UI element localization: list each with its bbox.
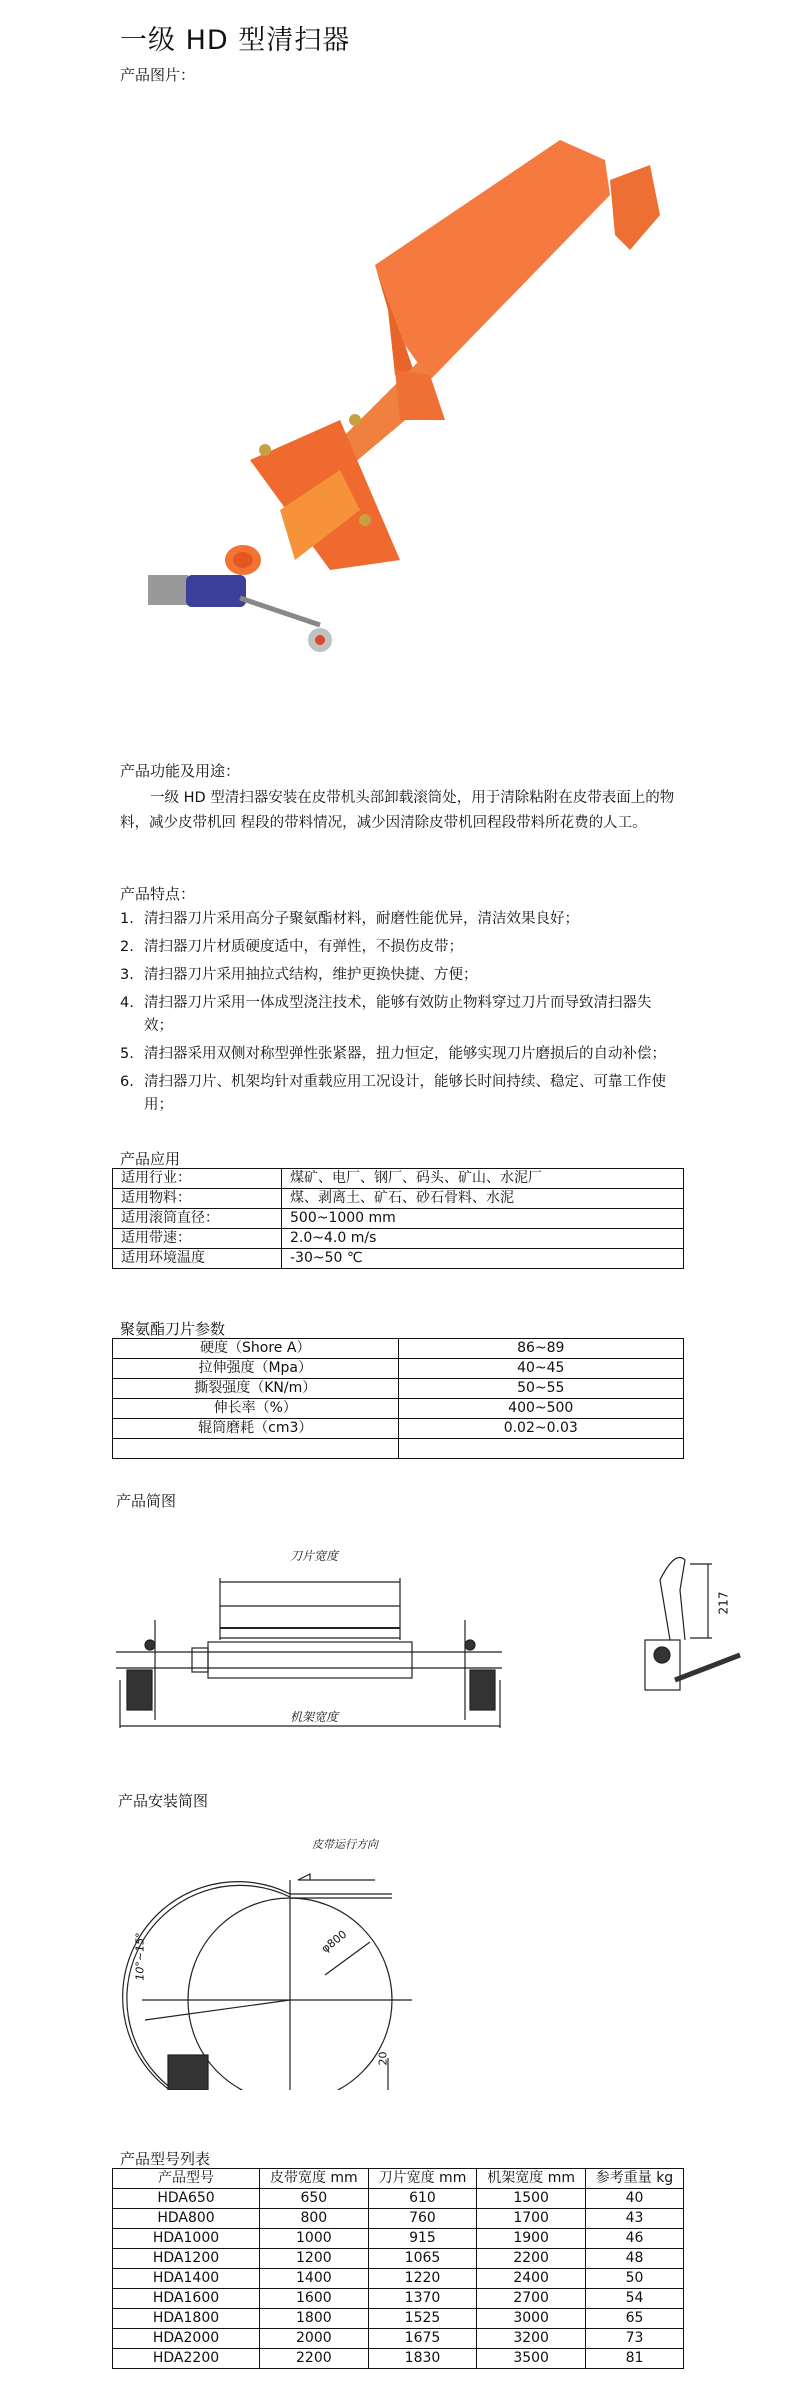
table-cell xyxy=(113,1439,399,1459)
table-cell: 硬度（Shore A） xyxy=(113,1339,399,1359)
table-cell: HDA2200 xyxy=(113,2349,260,2369)
table-cell: 产品型号 xyxy=(113,2169,260,2189)
table-row: HDA800800760170043 xyxy=(113,2209,684,2229)
feature-item: 5.清扫器采用双侧对称型弹性张紧器，扭力恒定，能够实现刀片磨损后的自动补偿； xyxy=(120,1043,680,1066)
table-cell: 清扫器刀片采用高分子聚氨酯材料，耐磨性能优异，清洁效果良好； xyxy=(144,911,579,927)
table-cell: 50 xyxy=(585,2269,683,2289)
table-cell: HDA650 xyxy=(113,2189,260,2209)
table-cell: 刀片宽度 mm xyxy=(368,2169,477,2189)
table-cell: 1370 xyxy=(368,2289,477,2309)
blade-params-table: 硬度（Shore A）86~89 拉伸强度（Mpa）40~45 撕裂强度（KN/… xyxy=(112,1338,684,1459)
table-cell: 1525 xyxy=(368,2309,477,2329)
table-cell: 适用物料： xyxy=(113,1189,282,1209)
table-cell: 1800 xyxy=(260,2309,369,2329)
page-title: 一级 HD 型清扫器 xyxy=(120,18,350,57)
table-cell: 适用环境温度 xyxy=(113,1249,282,1269)
table-cell: 适用滚筒直径： xyxy=(113,1209,282,1229)
table-cell: 4. xyxy=(120,992,134,1015)
table-row: 硬度（Shore A）86~89 xyxy=(113,1339,684,1359)
table-cell: HDA1200 xyxy=(113,2249,260,2269)
table-cell: 500~1000 mm xyxy=(282,1209,684,1229)
table-cell: 1000 xyxy=(260,2229,369,2249)
table-row xyxy=(113,1439,684,1459)
table-cell: 1200 xyxy=(260,2249,369,2269)
table-cell: 辊筒磨耗（cm3） xyxy=(113,1419,399,1439)
table-row: HDA10001000915190046 xyxy=(113,2229,684,2249)
function-text: 一级 HD 型清扫器安装在皮带机头部卸载滚筒处，用于清除粘附在皮带表面上的物料，… xyxy=(120,786,680,836)
features-list: 1.清扫器刀片采用高分子聚氨酯材料，耐磨性能优异，清洁效果良好； 2.清扫器刀片… xyxy=(120,908,680,1122)
table-cell: 46 xyxy=(585,2229,683,2249)
direction-label: 皮带运行方向 xyxy=(312,1836,378,1852)
table-cell: 86~89 xyxy=(398,1339,684,1359)
product-sketch xyxy=(100,1530,760,1730)
table-cell: 65 xyxy=(585,2309,683,2329)
table-cell: 拉伸强度（Mpa） xyxy=(113,1359,399,1379)
table-cell: 2700 xyxy=(477,2289,586,2309)
table-cell: HDA1400 xyxy=(113,2269,260,2289)
table-cell: 1500 xyxy=(477,2189,586,2209)
sketch-heading: 产品简图 xyxy=(116,1490,176,1511)
offset-label: 20 xyxy=(377,2052,390,2066)
table-cell: 2. xyxy=(120,936,134,959)
table-cell: 机架宽度 mm xyxy=(477,2169,586,2189)
table-cell: 0.02~0.03 xyxy=(398,1419,684,1439)
table-row: HDA160016001370270054 xyxy=(113,2289,684,2309)
feature-item: 1.清扫器刀片采用高分子聚氨酯材料，耐磨性能优异，清洁效果良好； xyxy=(120,908,680,931)
table-cell: 清扫器刀片采用一体成型浇注技术，能够有效防止物料穿过刀片而导致清扫器失效； xyxy=(144,995,652,1034)
install-diagram xyxy=(100,1830,450,2090)
table-cell: 50~55 xyxy=(398,1379,684,1399)
table-row: 适用行业：煤矿、电厂、钢厂、码头、矿山、水泥厂 xyxy=(113,1169,684,1189)
table-cell: 54 xyxy=(585,2289,683,2309)
table-row: HDA650650610150040 xyxy=(113,2189,684,2209)
table-cell: HDA1600 xyxy=(113,2289,260,2309)
table-row: HDA180018001525300065 xyxy=(113,2309,684,2329)
table-cell: 5. xyxy=(120,1043,134,1066)
table-cell: 1900 xyxy=(477,2229,586,2249)
table-cell: 1700 xyxy=(477,2209,586,2229)
application-table: 适用行业：煤矿、电厂、钢厂、码头、矿山、水泥厂 适用物料：煤、剥离土、矿石、砂石… xyxy=(112,1168,684,1269)
table-cell: HDA2000 xyxy=(113,2329,260,2349)
table-row: 适用环境温度-30~50 ℃ xyxy=(113,1249,684,1269)
feature-item: 2.清扫器刀片材质硬度适中，有弹性，不损伤皮带； xyxy=(120,936,680,959)
table-cell: 43 xyxy=(585,2209,683,2229)
table-cell: 1675 xyxy=(368,2329,477,2349)
table-row: 适用滚筒直径：500~1000 mm xyxy=(113,1209,684,1229)
table-cell: 撕裂强度（KN/m） xyxy=(113,1379,399,1399)
table-row: HDA200020001675320073 xyxy=(113,2329,684,2349)
table-cell: 1065 xyxy=(368,2249,477,2269)
table-cell: 1400 xyxy=(260,2269,369,2289)
table-row: HDA220022001830350081 xyxy=(113,2349,684,2369)
table-cell: 400~500 xyxy=(398,1399,684,1419)
frame-width-label: 机架宽度 xyxy=(290,1708,338,1725)
install-heading: 产品安装简图 xyxy=(118,1790,208,1811)
table-cell: 3500 xyxy=(477,2349,586,2369)
angle-label: 10°~15° xyxy=(134,1932,147,1980)
table-cell: 清扫器刀片采用抽拉式结构，维护更换快捷、方便； xyxy=(144,967,478,983)
table-row: 伸长率（%）400~500 xyxy=(113,1399,684,1419)
height-dim-label: 217 xyxy=(716,1592,730,1615)
product-photo xyxy=(130,120,690,680)
table-cell: 800 xyxy=(260,2209,369,2229)
table-cell: 2200 xyxy=(260,2349,369,2369)
table-cell: 参考重量 kg xyxy=(585,2169,683,2189)
table-cell: 610 xyxy=(368,2189,477,2209)
table-cell: 3000 xyxy=(477,2309,586,2329)
table-row: 辊筒磨耗（cm3）0.02~0.03 xyxy=(113,1419,684,1439)
table-cell: 煤矿、电厂、钢厂、码头、矿山、水泥厂 xyxy=(282,1169,684,1189)
table-cell: 伸长率（%） xyxy=(113,1399,399,1419)
features-heading: 产品特点： xyxy=(120,883,195,904)
table-cell: 清扫器刀片、机架均针对重载应用工况设计，能够长时间持续、稳定、可靠工作使用； xyxy=(144,1074,666,1113)
blade-params-heading: 聚氨酯刀片参数 xyxy=(120,1318,225,1339)
table-cell: 1600 xyxy=(260,2289,369,2309)
feature-item: 3.清扫器刀片采用抽拉式结构，维护更换快捷、方便； xyxy=(120,964,680,987)
table-cell: 清扫器采用双侧对称型弹性张紧器，扭力恒定，能够实现刀片磨损后的自动补偿； xyxy=(144,1046,666,1062)
table-row: HDA120012001065220048 xyxy=(113,2249,684,2269)
table-cell: 48 xyxy=(585,2249,683,2269)
table-cell: 清扫器刀片材质硬度适中，有弹性，不损伤皮带； xyxy=(144,939,463,955)
table-row: 适用物料：煤、剥离土、矿石、砂石骨料、水泥 xyxy=(113,1189,684,1209)
models-heading: 产品型号列表 xyxy=(120,2148,210,2169)
models-table: 产品型号 皮带宽度 mm 刀片宽度 mm 机架宽度 mm 参考重量 kg HDA… xyxy=(112,2168,684,2369)
table-cell: HDA800 xyxy=(113,2209,260,2229)
table-cell: 3. xyxy=(120,964,134,987)
table-cell: HDA1800 xyxy=(113,2309,260,2329)
table-cell xyxy=(398,1439,684,1459)
table-cell: 皮带宽度 mm xyxy=(260,2169,369,2189)
table-cell: 2400 xyxy=(477,2269,586,2289)
table-cell: 1220 xyxy=(368,2269,477,2289)
table-cell: 2000 xyxy=(260,2329,369,2349)
table-cell: 煤、剥离土、矿石、砂石骨料、水泥 xyxy=(282,1189,684,1209)
table-cell: 81 xyxy=(585,2349,683,2369)
table-row: 撕裂强度（KN/m）50~55 xyxy=(113,1379,684,1399)
feature-item: 6.清扫器刀片、机架均针对重载应用工况设计，能够长时间持续、稳定、可靠工作使用； xyxy=(120,1071,680,1117)
table-cell: 3200 xyxy=(477,2329,586,2349)
table-cell: 2200 xyxy=(477,2249,586,2269)
table-cell: 40 xyxy=(585,2189,683,2209)
table-row: 适用带速：2.0~4.0 m/s xyxy=(113,1229,684,1249)
table-cell: HDA1000 xyxy=(113,2229,260,2249)
table-cell: 73 xyxy=(585,2329,683,2349)
blade-width-label: 刀片宽度 xyxy=(290,1547,338,1564)
table-cell: 650 xyxy=(260,2189,369,2209)
application-heading: 产品应用 xyxy=(120,1148,180,1169)
table-cell: 1830 xyxy=(368,2349,477,2369)
table-cell: 915 xyxy=(368,2229,477,2249)
table-row: 拉伸强度（Mpa）40~45 xyxy=(113,1359,684,1379)
table-cell: -30~50 ℃ xyxy=(282,1249,684,1269)
table-cell: 760 xyxy=(368,2209,477,2229)
feature-item: 4.清扫器刀片采用一体成型浇注技术，能够有效防止物料穿过刀片而导致清扫器失效； xyxy=(120,992,680,1038)
table-cell: 适用带速： xyxy=(113,1229,282,1249)
table-cell: 2.0~4.0 m/s xyxy=(282,1229,684,1249)
photo-label: 产品图片： xyxy=(120,64,195,85)
table-cell: 40~45 xyxy=(398,1359,684,1379)
table-cell: 适用行业： xyxy=(113,1169,282,1189)
table-header-row: 产品型号 皮带宽度 mm 刀片宽度 mm 机架宽度 mm 参考重量 kg xyxy=(113,2169,684,2189)
table-cell: 1. xyxy=(120,908,134,931)
table-row: HDA140014001220240050 xyxy=(113,2269,684,2289)
table-cell: 6. xyxy=(120,1071,134,1094)
function-heading: 产品功能及用途： xyxy=(120,760,240,781)
